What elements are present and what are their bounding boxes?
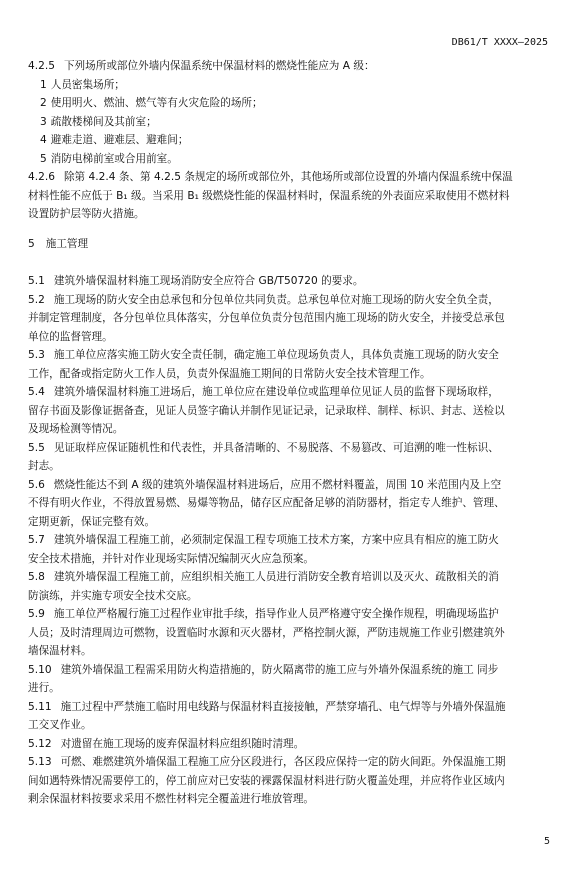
clause-text: 建筑外墙保温工程施工前，应组织相关施工人员进行消防安全教育培训以及灭火、疏散相关… [54,571,499,583]
clause-text: 留存书面及影像证据备查，见证人员签字确认并制作见证记录，记录取样、制样、标识、封… [28,405,505,417]
list-item: 2使用明火、燃油、燃气等有火灾危险的场所； [28,94,550,113]
clause-line: 工交叉作业。 [28,716,550,735]
clause-number: 5.13 [28,753,52,772]
clause-text: 施工现场的防火安全由总承包和分包单位共同负责。总承包单位对施工现场的防火安全负全… [54,294,499,306]
clause-text: 人员；及时清理周边可燃物，设置临时水源和灭火器材，严格控制火源，严防违规施工作业… [28,627,505,639]
clause-text: 墙保温材料。 [28,645,92,657]
section-title: 施工管理 [46,238,88,250]
clause-5-5: 5.5见证取样应保证随机性和代表性，并具备清晰的、不易脱落、不易篡改、可追溯的唯… [28,439,550,476]
clause-number: 4.2.5 [28,57,55,76]
clause-text: 定期更新，保证完整有效。 [28,516,155,528]
clause-text: 施工单位严格履行施工过程作业审批手续，指导作业人员严格遵守安全操作规程，明确现场… [54,608,499,620]
clause-line: 5.10建筑外墙保温工程需采用防火构造措施的，防火隔离带的施工应与外墙外保温系统… [28,661,550,680]
clause-line: 并制定管理制度，各分包单位具体落实，分包单位负责分包范围内施工现场的防火安全，并… [28,309,550,328]
clause-text: 材料性能不应低于 B₁ 级。当采用 B₁ 级燃烧性能的保温材料时，保温系统的外表… [28,190,509,202]
clause-line: 工作，配备或指定防火工作人员，负责外保温施工期间的日常防火安全技术管理工作。 [28,365,550,384]
clause-line: 4.2.6除第 4.2.4 条、第 4.2.5 条规定的场所或部位外，其他场所或… [28,168,550,187]
clause-number: 5.4 [28,383,45,402]
clause-number: 5.2 [28,291,45,310]
clause-number: 5.1 [28,272,45,291]
clause-text: 建筑外墙保温工程施工前，必须制定保温工程专项施工技术方案，方案中应具有相应的施工… [54,534,499,546]
list-item: 5消防电梯前室或合用前室。 [28,150,550,169]
clause-4-2-5: 4.2.5下列场所或部位外墙内保温系统中保温材料的燃烧性能应为 A 级： [28,57,550,76]
clause-text: 施工单位应落实施工防火安全责任制，确定施工单位现场负责人，具体负责施工现场的防火… [54,349,499,361]
clause-line: 设置防护层等防火措施。 [28,205,550,224]
clause-text: 及现场检测等情况。 [28,423,123,435]
list-item: 3疏散楼梯间及其前室； [28,113,550,132]
clause-line: 5.8建筑外墙保温工程施工前，应组织相关施工人员进行消防安全教育培训以及灭火、疏… [28,568,550,587]
clause-line: 人员；及时清理周边可燃物，设置临时水源和灭火器材，严格控制火源，严防违规施工作业… [28,624,550,643]
clause-text: 封志。 [28,460,60,472]
clause-number: 5.10 [28,661,52,680]
list-item-number: 5 [40,153,47,165]
list-item-text: 疏散楼梯间及其前室； [51,116,157,128]
list-item-number: 2 [40,97,47,109]
list-item-number: 4 [40,134,47,146]
section-heading: 5施工管理 [28,235,550,254]
clause-5-12: 5.12对遗留在施工现场的废弃保温材料应组织随时清理。 [28,735,550,754]
clause-4-2-6: 4.2.6除第 4.2.4 条、第 4.2.5 条规定的场所或部位外，其他场所或… [28,168,550,224]
clause-5-2: 5.2施工现场的防火安全由总承包和分包单位共同负责。总承包单位对施工现场的防火安… [28,291,550,347]
clause-line: 5.9施工单位严格履行施工过程作业审批手续，指导作业人员严格遵守安全操作规程，明… [28,605,550,624]
clause-5-11: 5.11施工过程中严禁施工临时用电线路与保温材料直接接触，严禁穿墙孔、电气焊等与… [28,698,550,735]
clause-line: 5.1建筑外墙保温材料施工现场消防安全应符合 GB/T50720 的要求。 [28,272,550,291]
clause-text: 下列场所或部位外墙内保温系统中保温材料的燃烧性能应为 A 级： [64,60,375,72]
clause-text: 防演练，并实施专项安全技术交底。 [28,590,198,602]
clause-text: 单位的监督管理。 [28,331,113,343]
list-item-text: 避难走道、避难层、避难间； [51,134,189,146]
clause-number: 5.9 [28,605,45,624]
clause-line: 5.5见证取样应保证随机性和代表性，并具备清晰的、不易脱落、不易篡改、可追溯的唯… [28,439,550,458]
clause-line: 及现场检测等情况。 [28,420,550,439]
clause-line: 墙保温材料。 [28,642,550,661]
clause-5-6: 5.6燃烧性能达不到 A 级的建筑外墙保温材料进场后，应用不燃材料覆盖，周围 1… [28,476,550,532]
document-code-header: DB61/T XXXX—2025 [452,37,548,48]
section-number: 5 [28,235,35,254]
clause-number: 4.2.6 [28,168,55,187]
clause-line: 单位的监督管理。 [28,328,550,347]
clause-number: 5.6 [28,476,45,495]
clause-line: 5.13可燃、难燃建筑外墙保温工程施工应分区段进行，各区段应保持一定的防火间距。… [28,753,550,772]
clause-text: 剩余保温材料按要求采用不燃性材料完全覆盖进行堆放管理。 [28,793,314,805]
clause-text: 设置防护层等防火措施。 [28,208,145,220]
clause-line: 不得有明火作业，不得放置易燃、易爆等物品，储存区应配备足够的消防器材，指定专人维… [28,494,550,513]
clause-number: 5.5 [28,439,45,458]
clause-line: 5.6燃烧性能达不到 A 级的建筑外墙保温材料进场后，应用不燃材料覆盖，周围 1… [28,476,550,495]
page-number: 5 [544,836,550,847]
clause-text: 建筑外墙保温材料施工进场后，施工单位应在建设单位或监理单位见证人员的监督下现场取… [54,386,499,398]
clause-text: 施工过程中严禁施工临时用电线路与保温材料直接接触，严禁穿墙孔、电气焊等与外墙外保… [61,701,506,713]
list-item-text: 使用明火、燃油、燃气等有火灾危险的场所； [51,97,263,109]
clause-text: 燃烧性能达不到 A 级的建筑外墙保温材料进场后，应用不燃材料覆盖，周围 10 米… [54,479,501,491]
clause-text: 见证取样应保证随机性和代表性，并具备清晰的、不易脱落、不易篡改、可追溯的唯一性标… [54,442,499,454]
clause-line: 材料性能不应低于 B₁ 级。当采用 B₁ 级燃烧性能的保温材料时，保温系统的外表… [28,187,550,206]
clause-text: 可燃、难燃建筑外墙保温工程施工应分区段进行，各区段应保持一定的防火间距。外保温施… [61,756,506,768]
clause-5-7: 5.7建筑外墙保温工程施工前，必须制定保温工程专项施工技术方案，方案中应具有相应… [28,531,550,568]
clause-text: 对遗留在施工现场的废弃保温材料应组织随时清理。 [61,738,305,750]
list-item-number: 1 [40,79,47,91]
clause-line: 留存书面及影像证据备查，见证人员签字确认并制作见证记录，记录取样、制样、标识、封… [28,402,550,421]
clause-line: 进行。 [28,679,550,698]
list-item-text: 人员密集场所； [51,79,125,91]
list-item-number: 3 [40,116,47,128]
clause-line: 防演练，并实施专项安全技术交底。 [28,587,550,606]
clause-line: 5.12对遗留在施工现场的废弃保温材料应组织随时清理。 [28,735,550,754]
clause-5-4: 5.4建筑外墙保温材料施工进场后，施工单位应在建设单位或监理单位见证人员的监督下… [28,383,550,439]
clause-4-2-5-list: 1人员密集场所；2使用明火、燃油、燃气等有火灾危险的场所；3疏散楼梯间及其前室；… [28,76,550,169]
clause-text: 安全技术措施，并针对作业现场实际情况编制灭火应急预案。 [28,553,314,565]
clause-number: 5.12 [28,735,52,754]
clause-5-8: 5.8建筑外墙保温工程施工前，应组织相关施工人员进行消防安全教育培训以及灭火、疏… [28,568,550,605]
clause-text: 工作，配备或指定防火工作人员，负责外保温施工期间的日常防火安全技术管理工作。 [28,368,431,380]
clause-line: 5.4建筑外墙保温材料施工进场后，施工单位应在建设单位或监理单位见证人员的监督下… [28,383,550,402]
clause-5-10: 5.10建筑外墙保温工程需采用防火构造措施的，防火隔离带的施工应与外墙外保温系统… [28,661,550,698]
clause-5-3: 5.3施工单位应落实施工防火安全责任制，确定施工单位现场负责人，具体负责施工现场… [28,346,550,383]
clause-number: 5.11 [28,698,52,717]
clause-number: 5.7 [28,531,45,550]
clause-number: 5.3 [28,346,45,365]
clause-text: 建筑外墙保温工程需采用防火构造措施的，防火隔离带的施工应与外墙外保温系统的施工 … [61,664,499,676]
clause-text: 不得有明火作业，不得放置易燃、易爆等物品，储存区应配备足够的消防器材，指定专人维… [28,497,505,509]
clause-text: 除第 4.2.4 条、第 4.2.5 条规定的场所或部位外，其他场所或部位设置的… [64,171,513,183]
clause-line: 剩余保温材料按要求采用不燃性材料完全覆盖进行堆放管理。 [28,790,550,809]
section-5-clauses: 5.1建筑外墙保温材料施工现场消防安全应符合 GB/T50720 的要求。5.2… [28,272,550,809]
clause-line: 5.2施工现场的防火安全由总承包和分包单位共同负责。总承包单位对施工现场的防火安… [28,291,550,310]
clause-line: 定期更新，保证完整有效。 [28,513,550,532]
clause-text: 进行。 [28,682,60,694]
clause-number: 5.8 [28,568,45,587]
clause-5-9: 5.9施工单位严格履行施工过程作业审批手续，指导作业人员严格遵守安全操作规程，明… [28,605,550,661]
clause-text: 工交叉作业。 [28,719,92,731]
list-item: 4避难走道、避难层、避难间； [28,131,550,150]
clause-line: 间如遇特殊情况需要停工的，停工前应对已安装的裸露保温材料进行防火覆盖处理，并应将… [28,772,550,791]
clause-line: 安全技术措施，并针对作业现场实际情况编制灭火应急预案。 [28,550,550,569]
list-item: 1人员密集场所； [28,76,550,95]
clause-text: 并制定管理制度，各分包单位具体落实，分包单位负责分包范围内施工现场的防火安全，并… [28,312,505,324]
clause-text: 间如遇特殊情况需要停工的，停工前应对已安装的裸露保温材料进行防火覆盖处理，并应将… [28,775,505,787]
clause-5-13: 5.13可燃、难燃建筑外墙保温工程施工应分区段进行，各区段应保持一定的防火间距。… [28,753,550,809]
clause-text: 建筑外墙保温材料施工现场消防安全应符合 GB/T50720 的要求。 [54,275,364,287]
clause-line: 封志。 [28,457,550,476]
clause-line: 5.3施工单位应落实施工防火安全责任制，确定施工单位现场负责人，具体负责施工现场… [28,346,550,365]
clause-line: 5.7建筑外墙保温工程施工前，必须制定保温工程专项施工技术方案，方案中应具有相应… [28,531,550,550]
clause-5-1: 5.1建筑外墙保温材料施工现场消防安全应符合 GB/T50720 的要求。 [28,272,550,291]
list-item-text: 消防电梯前室或合用前室。 [51,153,178,165]
clause-line: 5.11施工过程中严禁施工临时用电线路与保温材料直接接触，严禁穿墙孔、电气焊等与… [28,698,550,717]
document-body: 4.2.5下列场所或部位外墙内保温系统中保温材料的燃烧性能应为 A 级： 1人员… [28,57,550,809]
